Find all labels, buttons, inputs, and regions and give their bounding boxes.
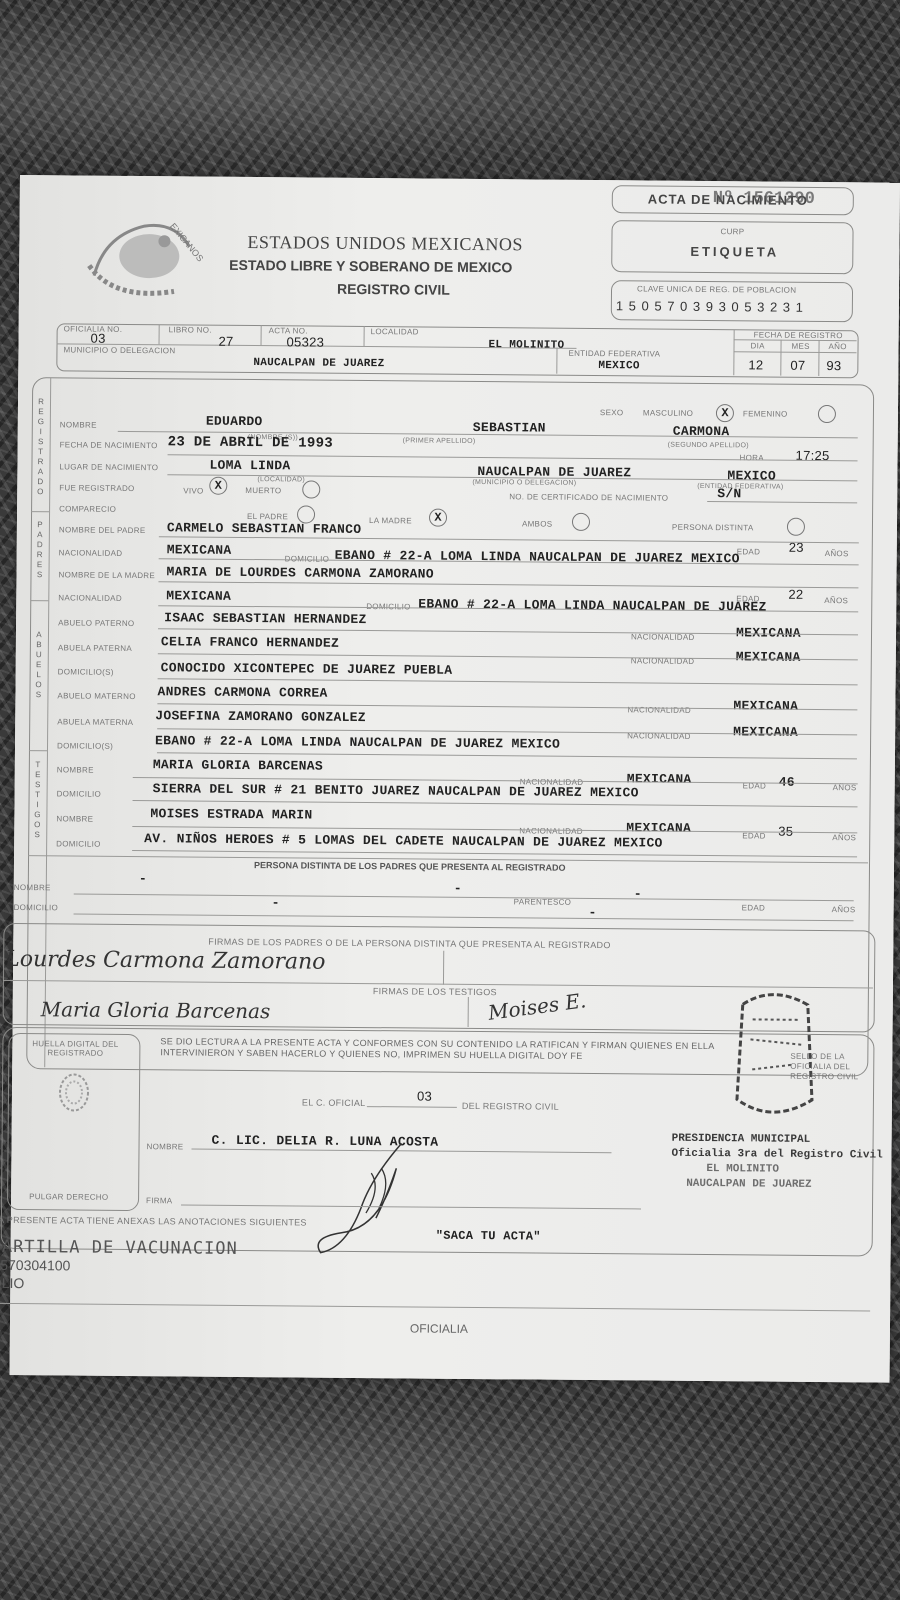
persona-distinta-nombre-value-2: - xyxy=(454,881,462,896)
localidad-value: EL MOLINITO xyxy=(488,339,564,352)
huella-box xyxy=(7,1033,141,1211)
del-registro-civil-label: DEL REGISTRO CIVIL xyxy=(462,1101,559,1112)
persona-distinta-anios-label: AÑOS xyxy=(832,905,856,914)
madre-label: NOMBRE DE LA MADRE xyxy=(58,570,155,580)
testigo2-nacionalidad-value: MEXICANA xyxy=(626,820,691,836)
saca-tu-acta-text: "SACA TU ACTA" xyxy=(436,1229,541,1244)
masculino-checkbox[interactable]: X xyxy=(716,404,734,422)
oficial-label: EL C. OFICIAL xyxy=(302,1097,366,1108)
clave-value: 1 5 0 5 7 0 3 9 3 0 5 3 2 3 1 xyxy=(616,298,804,315)
curp-label: CURP xyxy=(720,227,744,236)
abuela-materna-label: ABUELA MATERNA xyxy=(57,717,133,727)
fecha-registro-label: FECHA DE REGISTRO xyxy=(754,330,843,340)
el-padre-label: EL PADRE xyxy=(247,512,288,521)
stamp-line-4: NAUCALPAN DE JUAREZ xyxy=(686,1178,812,1191)
anotacion-numero: 0570304100 xyxy=(0,1257,70,1274)
domicilio-abuelos-maternos-label: DOMICILIO(S) xyxy=(57,741,113,750)
fue-registrado-label: FUE REGISTRADO xyxy=(59,483,134,493)
libro-value: 27 xyxy=(218,334,233,349)
curp-box: CURP ETIQUETA xyxy=(611,220,853,274)
madre-nacionalidad-value: MEXICANA xyxy=(166,588,231,604)
primer-apellido-sublabel: (PRIMER APELLIDO) xyxy=(403,437,476,445)
testigo1-signature: Maria Gloria Barcenas xyxy=(41,997,271,1023)
dia-label: DIA xyxy=(750,341,764,350)
comparecio-label: COMPARECIO xyxy=(59,504,116,513)
testigo1-nombre-value: MARIA GLORIA BARCENAS xyxy=(153,757,323,773)
persona-distinta-domicilio-label: DOMICILIO xyxy=(14,903,59,912)
fecha-nacimiento-label: FECHA DE NACIMIENTO xyxy=(60,440,158,450)
acta-number-box: ACTA DE NACIMIENTO Nº 1561290 xyxy=(612,185,854,215)
birth-certificate-document: EXICANOS ESTADOS UNIDOS MEXICANOS ESTADO… xyxy=(10,175,900,1383)
abuelo-materno-label: ABUELO MATERNO xyxy=(57,691,135,701)
abuelo-paterno-value: ISAAC SEBASTIAN HERNANDEZ xyxy=(164,610,367,627)
anotacion-cartilla: CARTILLA DE VACUNACION xyxy=(0,1237,238,1259)
oficial-signature xyxy=(301,1137,422,1258)
testigo2-anios-label: AÑOS xyxy=(832,833,856,842)
abuela-materna-nacionalidad-value: MEXICANA xyxy=(733,724,798,740)
side-label-registrado: REGISTRADO xyxy=(35,397,46,497)
entidad-value: MEXICO xyxy=(598,360,640,372)
acta-folio-number: Nº 1561290 xyxy=(713,189,815,209)
testigo1-nombre-label: NOMBRE xyxy=(57,765,94,774)
segundo-apellido-sublabel: (SEGUNDO APELLIDO) xyxy=(668,442,749,450)
ambos-checkbox[interactable] xyxy=(572,513,590,531)
abuelo-materno-nacionalidad-value: MEXICANA xyxy=(733,698,798,714)
oficialia-footer: OFICIALIA xyxy=(410,1321,468,1336)
huella-label: HUELLA DIGITAL DEL REGISTRADO xyxy=(30,1039,120,1058)
padre-nacionalidad-label: NACIONALIDAD xyxy=(59,548,123,558)
muerto-checkbox[interactable] xyxy=(302,480,320,498)
abuelo-paterno-label: ABUELO PATERNO xyxy=(58,618,134,628)
la-madre-label: LA MADRE xyxy=(369,516,412,525)
localidad-label: LOCALIDAD xyxy=(371,327,419,336)
sello-label: SELLO DE LA OFICIALIA DEL REGISTRO CIVIL xyxy=(790,1052,870,1083)
oficial-nombre-label: NOMBRE xyxy=(146,1142,183,1151)
madre-edad-value: 22 xyxy=(788,587,803,602)
abuela-paterna-nacionalidad-value: MEXICANA xyxy=(736,649,801,665)
carpet-background-bottom xyxy=(0,1380,900,1600)
padre-anios-label: AÑOS xyxy=(825,549,849,558)
pulgar-derecho-label: PULGAR DERECHO xyxy=(29,1192,108,1202)
domicilio-abuelos-paternos-label: DOMICILIO(S) xyxy=(58,667,114,676)
dia-value: 12 xyxy=(748,357,763,372)
municipio-label: MUNICIPIO O DELEGACION xyxy=(63,345,175,355)
padre-nacionalidad-value: MEXICANA xyxy=(167,542,232,558)
la-madre-checkbox[interactable]: X xyxy=(429,509,447,527)
domicilio-abuelos-paternos-value: CONOCIDO XICONTEPEC DE JUAREZ PUEBLA xyxy=(161,660,453,678)
persona-distinta-nombre-label: NOMBRE xyxy=(14,883,51,892)
side-label-abuelos: ABUELOS xyxy=(33,630,44,700)
abuelo-materno-value: ANDRES CARMONA CORREA xyxy=(157,684,327,700)
persona-distinta-edad-label: EDAD xyxy=(742,903,766,912)
clave-label: CLAVE UNICA DE REG. DE POBLACION xyxy=(637,284,796,294)
lugar-localidad-value: LOMA LINDA xyxy=(209,458,290,474)
fecha-nacimiento-value: 23 DE ABRIL DE 1993 xyxy=(168,434,333,451)
certificado-label: No. DE CERTIFICADO DE NACIMIENTO xyxy=(509,492,668,502)
abuela-materna-value: JOSEFINA ZAMORANO GONZALEZ xyxy=(155,708,366,725)
testigo1-anios-label: AÑOS xyxy=(833,783,857,792)
madre-domicilio-value: EBANO # 22-A LOMA LINDA NAUCALPAN DE JUA… xyxy=(418,596,766,614)
acta-value: 05323 xyxy=(286,334,324,349)
muerto-label: MUERTO xyxy=(245,486,281,495)
anotacion-folio: FOLIO xyxy=(0,1275,24,1291)
municipio-sublabel: (MUNICIPIO O DELEGACION) xyxy=(472,479,576,487)
madre-anios-label: AÑOS xyxy=(824,596,848,605)
abuela-paterna-label: ABUELA PATERNA xyxy=(58,643,132,653)
municipio-value: NAUCALPAN DE JUAREZ xyxy=(253,357,384,370)
localidad-sublabel: (LOCALIDAD) xyxy=(257,476,305,483)
clave-box: CLAVE UNICA DE REG. DE POBLACION 1 5 0 5… xyxy=(611,280,853,322)
oficialia-value: 03 xyxy=(91,331,106,346)
lugar-nacimiento-label: LUGAR DE NACIMIENTO xyxy=(59,462,158,472)
nombre-label: NOMBRE xyxy=(60,420,97,429)
persona-distinta-nombre-value: - xyxy=(139,871,147,886)
mes-label: MES xyxy=(791,342,809,351)
ambos-label: AMBOS xyxy=(522,519,552,528)
stamp-line-3: EL MOLINITO xyxy=(706,1163,779,1176)
oficial-number: 03 xyxy=(417,1088,432,1103)
firmas-testigos-title: FIRMAS DE LOS TESTIGOS xyxy=(373,986,497,997)
side-label-testigos: TESTIGOS xyxy=(32,760,43,840)
madre-nacionalidad-label: NACIONALIDAD xyxy=(58,593,122,603)
firma-label: FIRMA xyxy=(146,1196,172,1205)
sexo-label: SEXO xyxy=(600,408,624,417)
carpet-background-top xyxy=(0,0,900,170)
libro-label: LIBRO No. xyxy=(169,325,212,334)
persona-distinta-domicilio-value: - xyxy=(272,895,280,910)
padres-signature: Lourdes Carmona Zamorano xyxy=(5,947,326,975)
stamp-line-2: Oficialia 3ra del Registro Civil xyxy=(671,1148,882,1162)
lugar-entidad-value: MEXICO xyxy=(727,468,776,483)
certificado-value: S/N xyxy=(717,486,741,501)
vivo-checkbox[interactable]: X xyxy=(209,477,227,495)
testigo2-nombre-label: NOMBRE xyxy=(56,814,93,823)
hora-label: HORA xyxy=(740,453,764,462)
entidad-label: ENTIDAD FEDERATIVA xyxy=(568,349,660,359)
femenino-label: FEMENINO xyxy=(743,409,788,418)
persona-distinta-checkbox[interactable] xyxy=(787,518,805,536)
anio-label: AÑO xyxy=(828,342,846,351)
testigo2-domicilio-label: DOMICILIO xyxy=(56,839,101,848)
curp-value: ETIQUETA xyxy=(690,244,779,260)
vivo-label: VIVO xyxy=(183,486,203,495)
office-title: REGISTRO CIVIL xyxy=(337,281,450,298)
femenino-checkbox[interactable] xyxy=(818,405,836,423)
nombre-value: EDUARDO xyxy=(206,414,263,429)
side-label-padres: PADRES xyxy=(34,520,45,580)
country-title: ESTADOS UNIDOS MEXICANOS xyxy=(247,232,523,255)
madre-value: MARIA DE LOURDES CARMONA ZAMORANO xyxy=(166,564,433,581)
state-title: ESTADO LIBRE Y SOBERANO DE MEXICO xyxy=(229,257,512,275)
padre-edad-label: EDAD xyxy=(737,547,761,556)
testigo2-nombre-value: MOISES ESTRADA MARIN xyxy=(150,806,312,822)
mes-value: 07 xyxy=(790,358,805,373)
padre-label: NOMBRE DEL PADRE xyxy=(59,525,146,535)
persona-distinta-label: PERSONA DISTINTA xyxy=(672,523,754,533)
testigo2-edad-label: EDAD xyxy=(742,831,766,840)
stamp-line-1: PRESIDENCIA MUNICIPAL xyxy=(672,1133,811,1146)
padre-value: CARMELO SEBASTIAN FRANCO xyxy=(167,520,362,537)
fingerprint-icon xyxy=(54,1070,94,1115)
anio-value: 93 xyxy=(826,358,841,373)
abuela-paterna-value: CELIA FRANCO HERNANDEZ xyxy=(161,634,339,651)
coat-of-arms-icon: EXICANOS xyxy=(74,205,205,306)
testigo1-domicilio-label: DOMICILIO xyxy=(57,789,102,798)
masculino-label: MASCULINO xyxy=(643,408,693,417)
